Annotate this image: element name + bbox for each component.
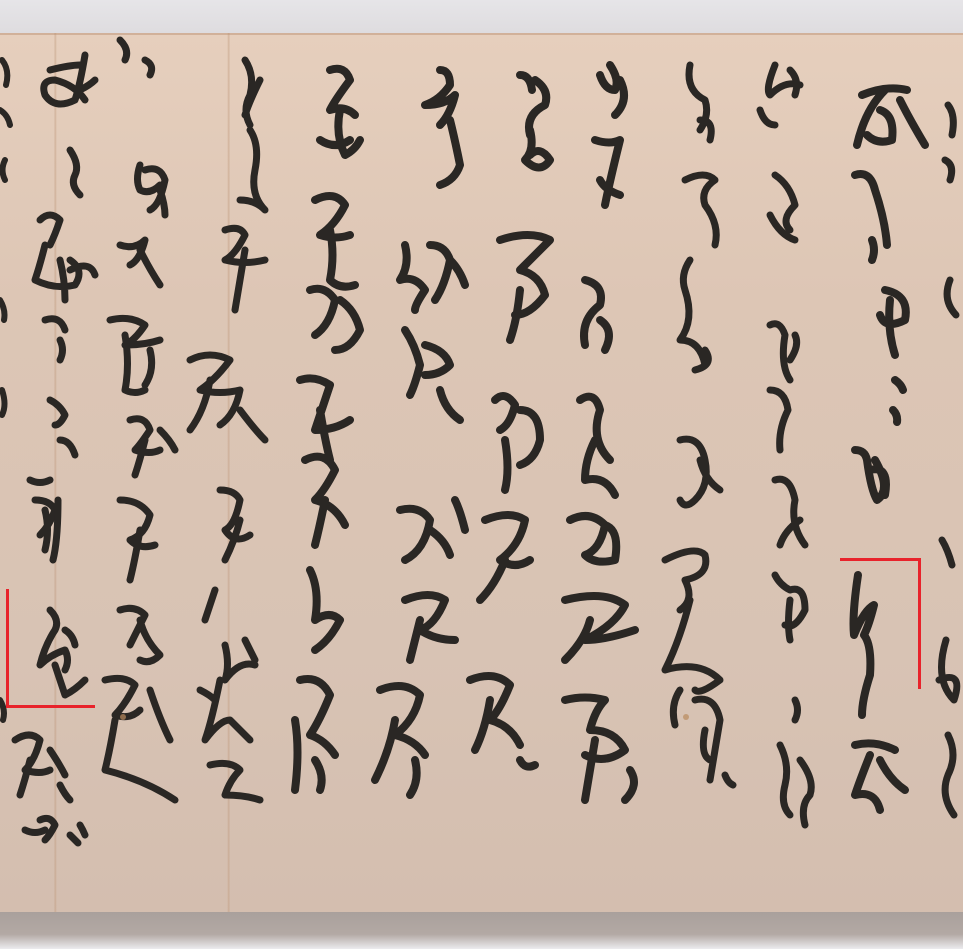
- annotation-bracket-left: Highlighted characters (left column): [6, 589, 95, 708]
- column-8: [295, 69, 360, 790]
- calligraphy-ink: [0, 0, 963, 949]
- column-11: [15, 55, 95, 843]
- column-2: [854, 88, 926, 810]
- paper-stain: [120, 714, 126, 720]
- paper-stain: [683, 714, 689, 720]
- column-4: [665, 65, 733, 785]
- column-10: [105, 40, 175, 800]
- column-7: [375, 70, 465, 795]
- annotation-bracket-right: Highlighted characters (right column): [840, 558, 921, 689]
- column-9: [190, 60, 265, 800]
- column-6: [470, 75, 550, 767]
- column-3: [760, 65, 811, 825]
- column-1: [939, 105, 957, 815]
- column-5: [565, 65, 635, 800]
